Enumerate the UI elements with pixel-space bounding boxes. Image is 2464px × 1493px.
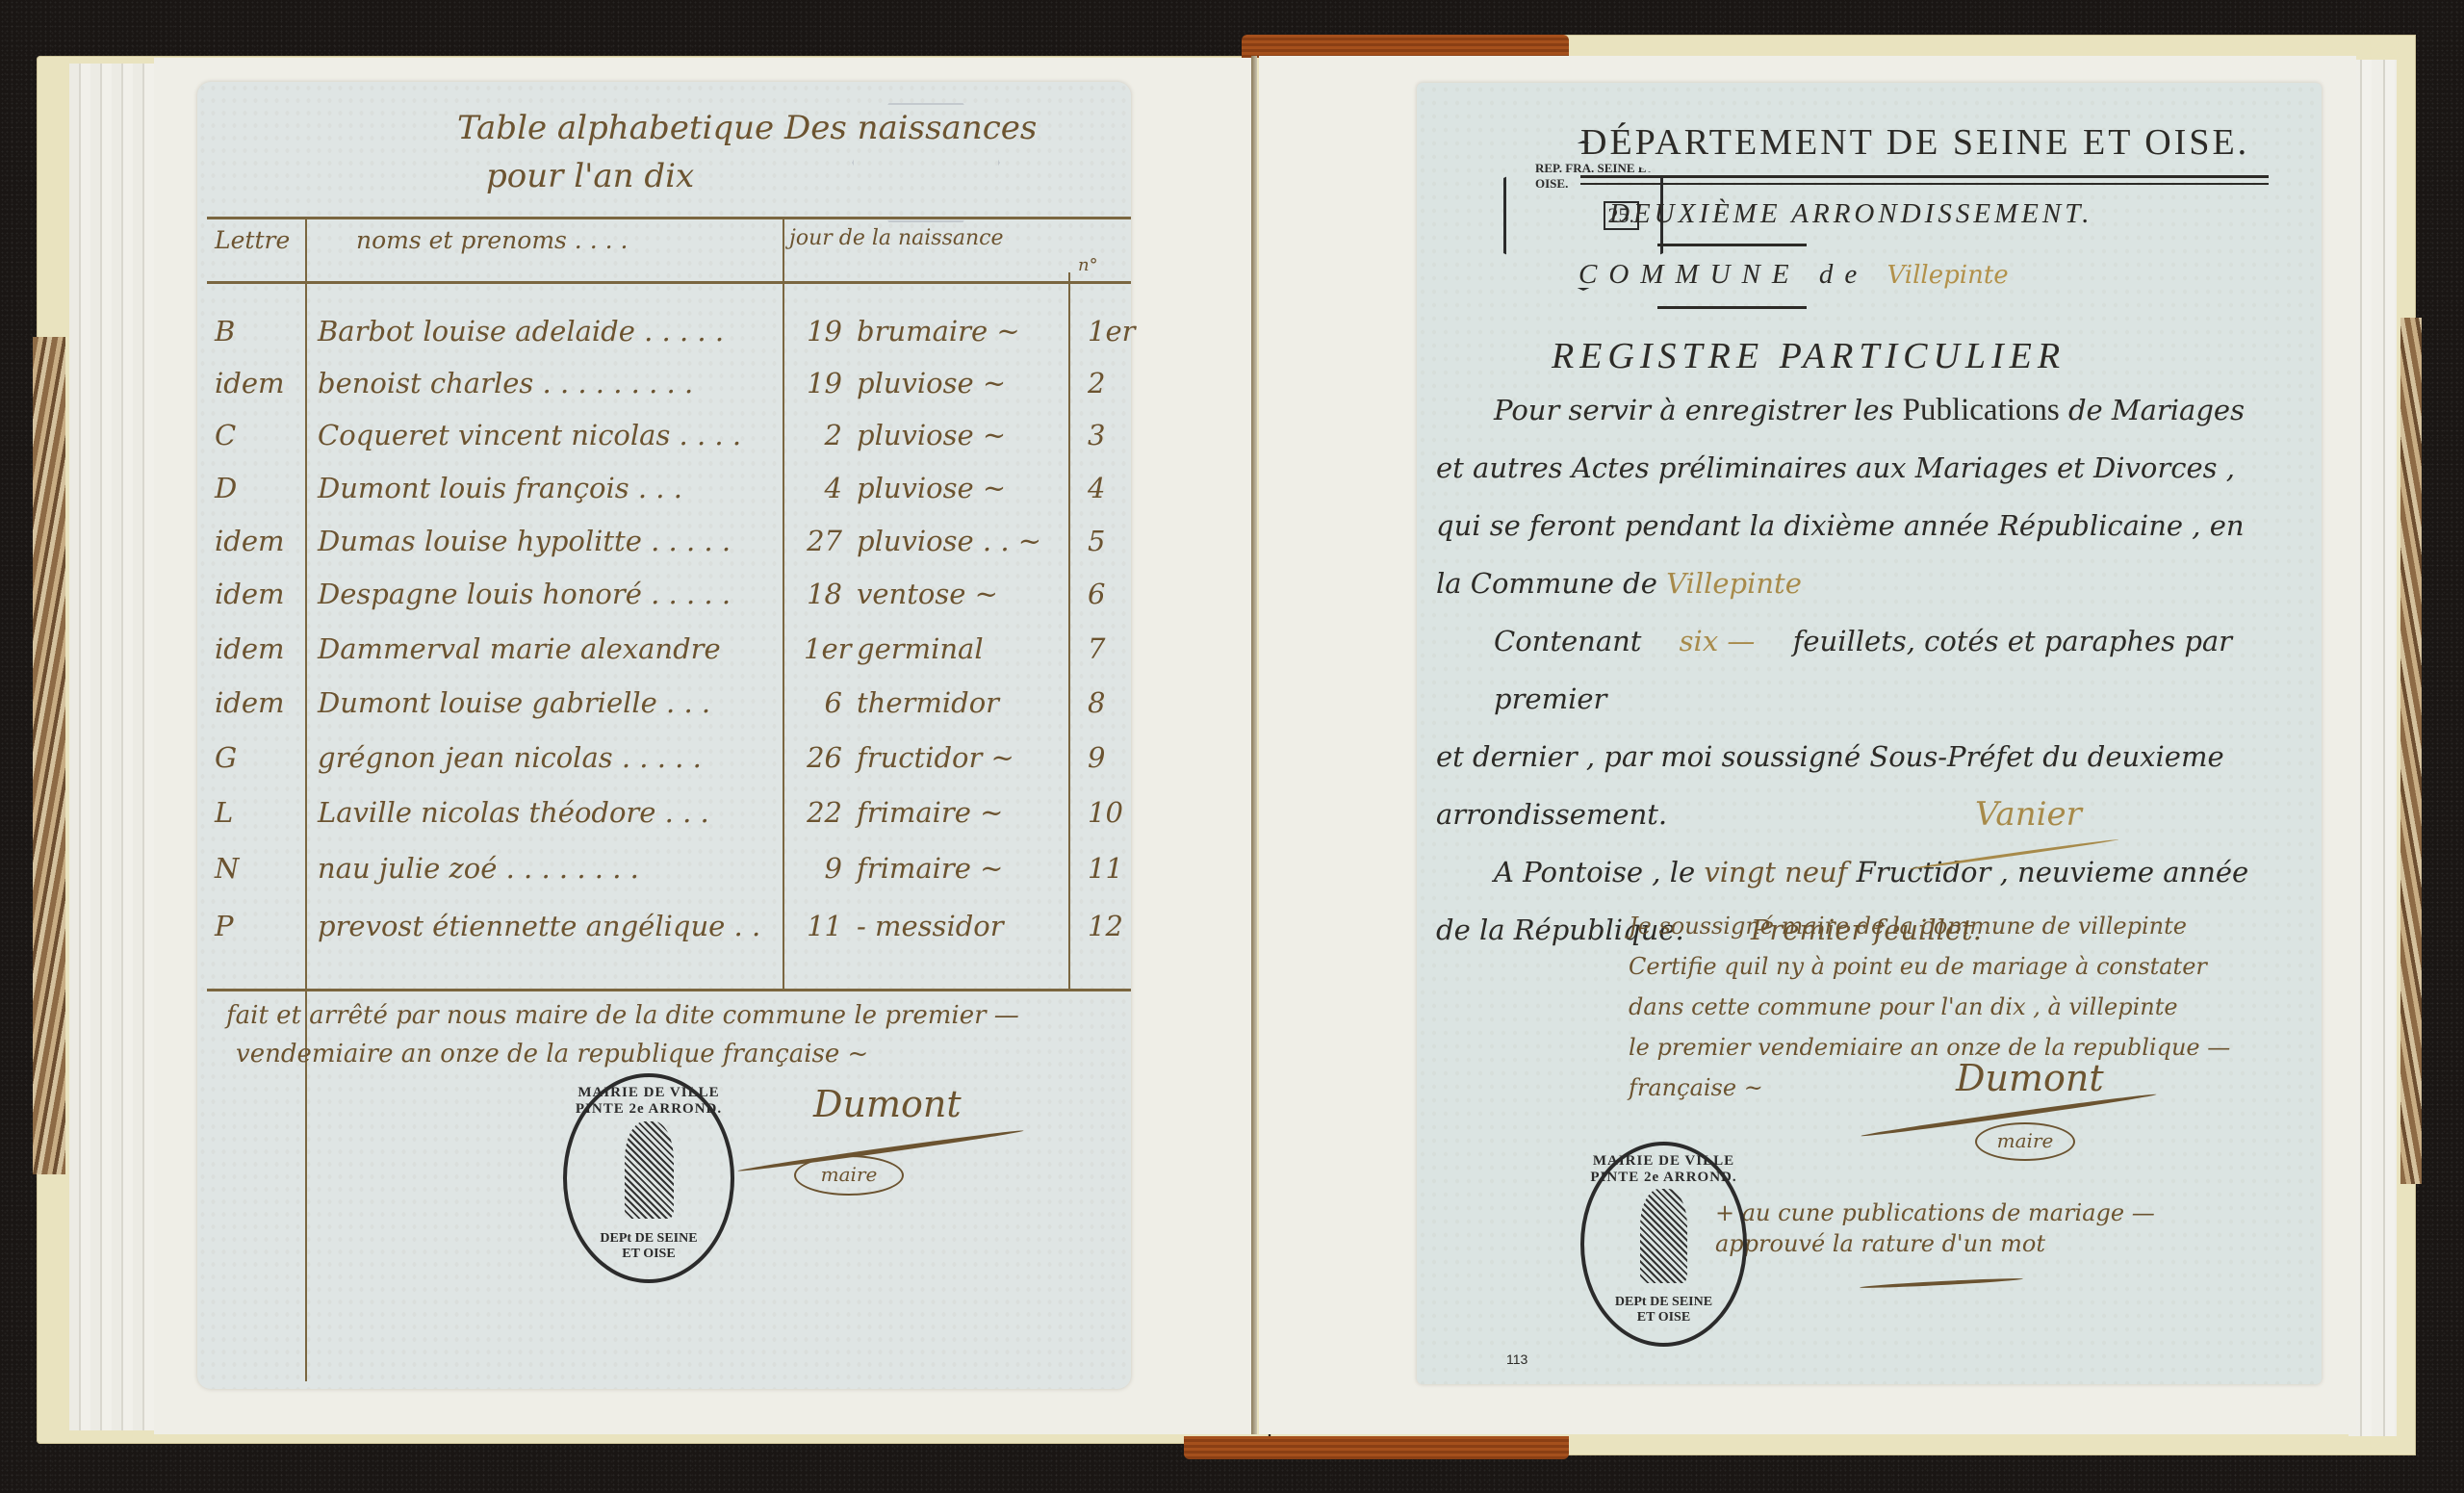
row-name: Barbot louise adelaide . . . . . — [318, 315, 724, 348]
row-day: 27 — [804, 525, 842, 557]
handwritten-sheet-count: six — — [1651, 625, 1784, 657]
signature-title: maire — [794, 1155, 904, 1196]
row-day: 11 — [804, 910, 842, 942]
row-number: 1er — [1088, 315, 1135, 348]
body-line-4: la Commune de Villepinte — [1436, 554, 2283, 612]
seal-bottom-line-1: DEPt DE SEINE — [1584, 1295, 1743, 1310]
table-row: idem Despagne louis honoré . . . . . 18 … — [197, 578, 1131, 631]
row-letter: idem — [215, 632, 301, 665]
row-month: ventose ~ — [857, 578, 998, 610]
body-line-7: arrondissement. — [1436, 785, 2283, 843]
mayor-signature: Dumont — [813, 1083, 962, 1125]
row-day: 22 — [804, 796, 842, 829]
spine-edge-bottom — [1184, 1436, 1569, 1459]
row-letter: P — [215, 910, 301, 942]
table-row: C Coqueret vincent nicolas . . . . 2 plu… — [197, 419, 1131, 473]
row-number: 5 — [1088, 525, 1105, 557]
page-number: 113 — [1506, 1351, 1527, 1367]
seal-bottom-line-2: ET OISE — [567, 1247, 731, 1262]
department-heading: DÉPARTEMENT DE SEINE ET OISE. — [1580, 121, 2249, 164]
handwritten-commune: Villepinte — [1666, 567, 1802, 600]
row-name: Coqueret vincent nicolas . . . . — [318, 419, 741, 451]
table-row: N nau julie zoé . . . . . . . . 9 frimai… — [197, 852, 1131, 906]
note-line-2: approuvé la rature d'un mot — [1715, 1230, 2045, 1257]
row-letter: idem — [215, 367, 301, 399]
row-name: Dumont louise gabrielle . . . — [318, 686, 710, 719]
document-subtitle: pour l'an dix — [486, 157, 694, 195]
table-row: idem Dumont louise gabrielle . . . 6 the… — [197, 686, 1131, 740]
body-line-5: Contenant six — feuillets, cotés et para… — [1436, 612, 2283, 728]
row-number: 8 — [1088, 686, 1105, 719]
row-letter: idem — [215, 525, 301, 557]
mayor-seal: MAIRIE DE VILLE PINTE 2e ARROND. DEPt DE… — [1580, 1142, 1747, 1347]
row-month: germinal — [857, 632, 984, 665]
arrondissement-heading: DEUXIÈME ARRONDISSEMENT. — [1609, 198, 2092, 230]
row-letter: B — [215, 315, 301, 348]
row-day: 9 — [804, 852, 842, 885]
header-number: n° — [1078, 255, 1098, 275]
row-letter: D — [215, 472, 301, 504]
body-text: Fructidor , neuvieme année — [1857, 856, 2249, 888]
cert-line-1: Je soussigné maire de la commune de vill… — [1629, 906, 2264, 946]
row-month: frimaire ~ — [857, 796, 1003, 829]
row-month: - messidor — [857, 910, 1004, 942]
tax-stamp-text: REP. FRA. SEINE ET OISE. — [1535, 161, 1660, 192]
body-line-6: et dernier , par moi soussigné Sous-Préf… — [1436, 728, 2283, 785]
row-day: 19 — [804, 367, 842, 399]
row-day: 1er — [804, 632, 842, 665]
table-row: idem benoist charles . . . . . . . . . 1… — [197, 367, 1131, 421]
row-name: prevost étiennette angélique . . — [318, 910, 760, 942]
row-number: 7 — [1088, 632, 1105, 665]
body-text: de Mariages — [2068, 394, 2245, 426]
commune-label: COMMUNE de — [1578, 259, 1868, 290]
row-letter: idem — [215, 578, 301, 610]
table-row: idem Dammerval marie alexandre 1er germi… — [197, 632, 1131, 686]
table-row: idem Dumas louise hypolitte . . . . . 27… — [197, 525, 1131, 579]
row-name: benoist charles . . . . . . . . . — [318, 367, 693, 399]
row-number: 12 — [1088, 910, 1123, 942]
row-name: grégnon jean nicolas . . . . . — [318, 741, 702, 774]
heading-rule-1 — [1580, 175, 2269, 178]
row-day: 4 — [804, 472, 842, 504]
row-letter: N — [215, 852, 301, 885]
body-text: A Pontoise , le — [1494, 856, 1695, 888]
commune-value: Villepinte — [1886, 261, 2008, 290]
row-day: 26 — [804, 741, 842, 774]
spine-edge-top — [1242, 35, 1569, 58]
document-title: Table alphabetique Des naissances — [457, 109, 1037, 147]
seal-figure-icon — [625, 1121, 674, 1219]
seal-bottom-text: DEPt DE SEINE ET OISE — [567, 1231, 731, 1262]
row-name: nau julie zoé . . . . . . . . — [318, 852, 639, 885]
seal-rim-text: MAIRIE DE VILLE PINTE 2e ARROND. — [1584, 1153, 1743, 1186]
register-title: REGISTRE PARTICULIER — [1552, 335, 2066, 377]
row-number: 6 — [1088, 578, 1105, 610]
table-row: L Laville nicolas théodore . . . 22 frim… — [197, 796, 1131, 850]
book-gutter — [1251, 56, 1257, 1434]
row-name: Dumont louis françois . . . — [318, 472, 682, 504]
commune-rule — [1657, 306, 1807, 309]
row-letter: G — [215, 741, 301, 774]
body-text: Pour servir à enregistrer les — [1494, 394, 1893, 426]
body-line-2: et autres Actes préliminaires aux Mariag… — [1436, 439, 2283, 497]
table-header-rule — [207, 281, 1131, 284]
seal-figure-icon — [1640, 1189, 1688, 1283]
arrondissement-rule — [1657, 244, 1807, 246]
row-number: 11 — [1088, 852, 1123, 885]
mayor-certification: Je soussigné maire de la commune de vill… — [1629, 906, 2264, 1108]
row-day: 18 — [804, 578, 842, 610]
row-month: frimaire ~ — [857, 852, 1003, 885]
body-publications: Publications — [1903, 393, 2060, 427]
row-day: 2 — [804, 419, 842, 451]
body-line-3: qui se feront pendant la dixième année R… — [1436, 497, 2283, 554]
seal-bottom-line-2: ET OISE — [1584, 1310, 1743, 1326]
row-month: brumaire ~ — [857, 315, 1020, 348]
heading-rule-2 — [1580, 183, 2269, 185]
table-row: P prevost étiennette angélique . . 11 - … — [197, 910, 1131, 964]
body-line-1: Pour servir à enregistrer les Publicatio… — [1436, 381, 2283, 439]
header-name: noms et prenoms . . . . — [356, 226, 628, 254]
closing-statement: fait et arrêté par nous maire de la dite… — [226, 996, 1112, 1073]
closing-line-1: fait et arrêté par nous maire de la dite… — [226, 996, 1112, 1035]
birth-index-document: Table alphabetique Des naissances pour l… — [197, 82, 1131, 1389]
row-number: 2 — [1088, 367, 1105, 399]
header-letter: Lettre — [215, 226, 290, 254]
commune-line: COMMUNE de Villepinte — [1578, 259, 2009, 291]
row-letter: idem — [215, 686, 301, 719]
table-top-rule — [207, 217, 1131, 219]
row-letter: L — [215, 796, 301, 829]
cert-line-4: le premier vendemiaire an onze de la rep… — [1629, 1027, 2264, 1068]
handwritten-date: vingt neuf — [1704, 856, 1847, 888]
row-number: 10 — [1088, 796, 1123, 829]
row-name: Dumas louise hypolitte . . . . . — [318, 525, 731, 557]
subprefect-signature: Vanier — [1975, 795, 2082, 834]
register-body: Pour servir à enregistrer les Publicatio… — [1436, 381, 2283, 959]
row-number: 3 — [1088, 419, 1105, 451]
row-name: Dammerval marie alexandre — [318, 632, 721, 665]
row-letter: C — [215, 419, 301, 451]
row-month: pluviose ~ — [857, 472, 1006, 504]
cert-line-5: française ~ — [1629, 1068, 2264, 1108]
seal-rim-text: MAIRIE DE VILLE PINTE 2e ARROND. — [567, 1085, 731, 1118]
table-row: G grégnon jean nicolas . . . . . 26 fruc… — [197, 741, 1131, 795]
header-date: jour de la naissance — [789, 226, 1004, 250]
row-number: 4 — [1088, 472, 1105, 504]
mayor-signature: Dumont — [1956, 1057, 2104, 1099]
row-month: thermidor — [857, 686, 999, 719]
marbled-edge-left — [33, 337, 65, 1174]
note-line-1: + au cune publications de mariage — — [1715, 1199, 2155, 1226]
row-month: pluviose ~ — [857, 367, 1006, 399]
cert-line-3: dans cette commune pour l'an dix , à vil… — [1629, 987, 2264, 1027]
note-flourish — [1860, 1277, 2023, 1290]
table-row: D Dumont louis françois . . . 4 pluviose… — [197, 472, 1131, 526]
table-row: B Barbot louise adelaide . . . . . 19 br… — [197, 315, 1131, 369]
table-bottom-rule — [207, 989, 1131, 991]
row-day: 19 — [804, 315, 842, 348]
seal-bottom-text: DEPt DE SEINE ET OISE — [1584, 1295, 1743, 1326]
row-day: 6 — [804, 686, 842, 719]
body-line-8: A Pontoise , le vingt neuf Fructidor , n… — [1436, 843, 2283, 901]
page-stack-left — [69, 64, 166, 1430]
row-month: pluviose . . ~ — [857, 525, 1041, 557]
body-text: la Commune de — [1436, 567, 1657, 600]
row-number: 9 — [1088, 741, 1105, 774]
body-text: Contenant — [1494, 625, 1641, 657]
closing-line-2: vendemiaire an onze de la republique fra… — [226, 1035, 1112, 1073]
row-name: Despagne louis honoré . . . . . — [318, 578, 731, 610]
row-month: fructidor ~ — [857, 741, 1014, 774]
mayor-seal: MAIRIE DE VILLE PINTE 2e ARROND. DEPt DE… — [563, 1073, 734, 1283]
signature-title: maire — [1975, 1122, 2075, 1161]
seal-bottom-line-1: DEPt DE SEINE — [567, 1231, 731, 1247]
cert-line-2: Certifie quil ny à point eu de mariage à… — [1629, 946, 2264, 987]
row-name: Laville nicolas théodore . . . — [318, 796, 709, 829]
marbled-edge-right — [2400, 318, 2422, 1184]
marriage-register-document: DÉPARTEMENT DE SEINE ET OISE. REP. FRA. … — [1417, 83, 2322, 1384]
row-month: pluviose ~ — [857, 419, 1006, 451]
